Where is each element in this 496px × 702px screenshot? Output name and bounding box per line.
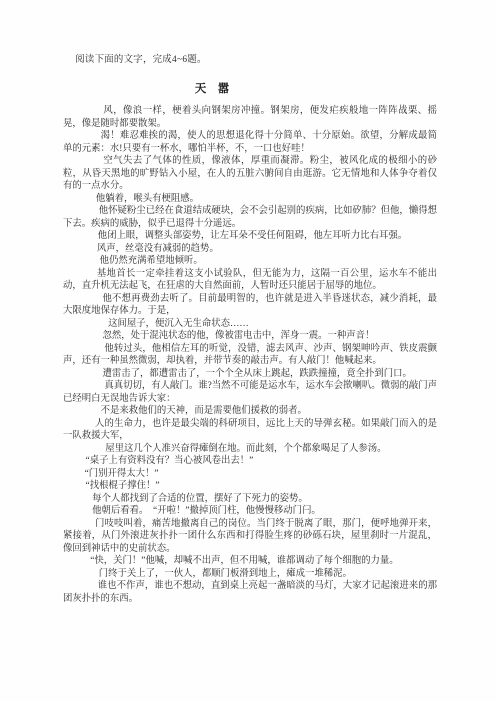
passage-paragraph: 基地首长一定牵挂着这支小试验队，但无能为力，这隔一百公里，运水车不能出动，直升机… (63, 268, 437, 293)
passage-paragraph: 他转过头，他相信左耳的听觉，没错，滤去风声、沙声、钢架呻吟声、铁皮震颤声，还有一… (63, 343, 437, 368)
passage-paragraph: 他怀疑粉尘已经在食道结成硬块，会不会引起别的疾病，比如矽肺？但他，懒得想下去。疾… (63, 205, 437, 230)
passage-paragraph: 他朝后看看。 “开啦！”撤掉顶门柱，他慢慢移动门闩。 (63, 505, 437, 518)
passage-paragraph: 不是来救他们的天神，而是需要他们援救的弱者。 (63, 405, 437, 418)
passage-paragraph: 门终于关上了，一伙人，都顺门板滑到地上，瘫成一堆稀泥。 (63, 568, 437, 581)
passage-paragraph: 屋里这几个人准兴奋得瘫倒在地。而此刻，个个都象喝足了人参汤。 (63, 443, 437, 456)
passage-paragraph: 谁也不作声，谁也不想动，直到桌上亮起一盏暗淡的马灯，大家才记起滚进来的那团灰扑扑… (63, 580, 437, 605)
passage-paragraph: “门别开得太大！” (63, 468, 437, 481)
passage-paragraph: 这间屋子，便沉入无生命状态…… (63, 318, 437, 331)
passage-paragraph: 他仍然充满希望地倾听。 (63, 255, 437, 268)
passage-body: 风，像浪一样，梗着头向钢架房冲撞。钢架房，便发疟疾般地一阵阵战栗、摇晃，像是随时… (63, 105, 437, 605)
passage-paragraph: 他不想再费劲去听了。目前最明智的，也许就是进入半昏迷状态，减少消耗，最大限度地保… (63, 293, 437, 318)
document-page: 阅读下面的文字，完成4~6题。 天 嚣 风，像浪一样，梗着头向钢架房冲撞。钢架房… (0, 0, 496, 702)
passage-paragraph: 真真切切，有人敲门。谁?当然不可能是运水车，运水车会揿喇叭。微弱的敲门声已经明白… (63, 380, 437, 405)
passage-paragraph: 门吱吱叫着，痛苦地撤离自己的岗位。当门终于脱离了眼，那门，便呼地弹开来，紧接着，… (63, 518, 437, 556)
passage-paragraph: 人的生命力，也许是最尖端的科研项目，远比上天的导弹玄秘。如果敲门而入的是一队救援… (63, 418, 437, 443)
instruction-line: 阅读下面的文字，完成4~6题。 (63, 54, 437, 67)
passage-paragraph: 他躺着，喉头有梗阻感。 (63, 193, 437, 206)
passage-paragraph: 风，像浪一样，梗着头向钢架房冲撞。钢架房，便发疟疾般地一阵阵战栗、摇晃，像是随时… (63, 105, 437, 130)
passage-paragraph: “桌子上有资料没有？当心被风卷出去！” (63, 455, 437, 468)
passage-paragraph: 他闭上眼，调整头部姿势，让左耳朵不受任何阻碍，他左耳听力比右耳强。 (63, 230, 437, 243)
passage-title: 天 嚣 (63, 82, 437, 96)
passage-paragraph: 风声，丝毫没有减弱的趋势。 (63, 243, 437, 256)
passage-paragraph: “找根棍子撑住！” (63, 480, 437, 493)
page-content: 阅读下面的文字，完成4~6题。 天 嚣 风，像浪一样，梗着头向钢架房冲撞。钢架房… (63, 54, 437, 605)
passage-paragraph: 每个人都找到了合适的位置，摆好了下死力的姿势。 (63, 493, 437, 506)
passage-paragraph: 遭雷击了，都遭雷击了，一个个全从床上跳起，跌跌撞撞，竟全扑到门口。 (63, 368, 437, 381)
passage-paragraph: 忽然，处于混沌状态的他，像被雷电击中，浑身一震。一种声音！ (63, 330, 437, 343)
passage-paragraph: “快，关门！”他喊，却喊不出声，但不用喊，谁都调动了每个细胞的力量。 (63, 555, 437, 568)
passage-paragraph: 渴！难忍难挨的渴，使人的思想退化得十分简单、十分原始。欲望，分解成最简单的元素：… (63, 130, 437, 155)
passage-paragraph: 空气失去了气体的性质，像液体，厚重而凝滞。粉尘，被风化成的极细小的砂粒，从昏天黑… (63, 155, 437, 193)
